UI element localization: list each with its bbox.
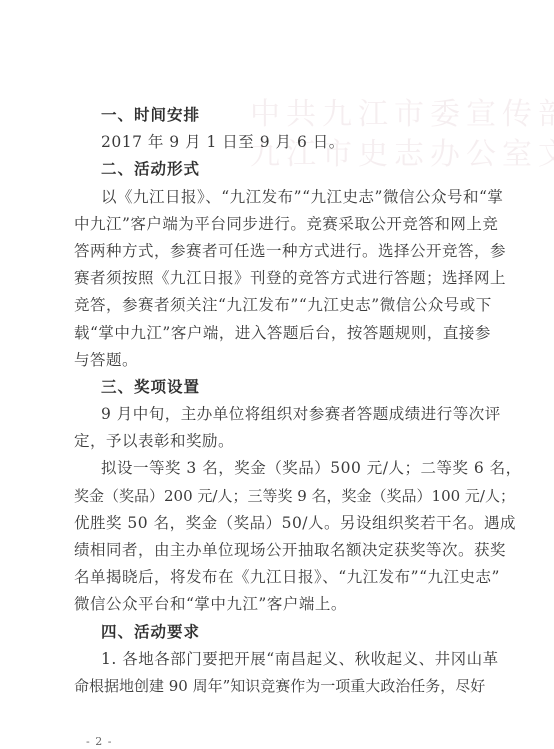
paragraph-line: 1. 各地各部门要把开展“南昌起义、秋收起义、井冈山革 [74,646,484,673]
paragraph-line: 2017 年 9 月 1 日至 9 月 6 日。 [74,129,484,156]
paragraph-line: 命根据地创建 90 周年”知识竞赛作为一项重大政治任务，尽好 [74,673,484,700]
section-heading-awards: 三、奖项设置 [74,374,484,401]
paragraph-line: 答两种方式，参赛者可任选一种方式进行。选择公开竞答，参 [74,238,484,265]
paragraph-line: 竞答，参赛者须关注“九江发布”“九江史志”微信公众号或下 [74,292,484,319]
paragraph-line: 9 月中旬，主办单位将组织对参赛者答题成绩进行等次评 [74,401,484,428]
paragraph-line: 奖金（奖品）200 元/人；三等奖 9 名，奖金（奖品）100 元/人； [74,483,484,510]
paragraph-line: 赛者须按照《九江日报》刊登的竞答方式进行答题；选择网上 [74,265,484,292]
section-heading-requirements: 四、活动要求 [74,619,484,646]
paragraph-line: 与答题。 [74,347,484,374]
paragraph-line: 定，予以表彰和奖励。 [74,428,484,455]
page-number: - 2 - [86,735,112,748]
document-body: 一、时间安排 2017 年 9 月 1 日至 9 月 6 日。 二、活动形式 以… [74,102,484,700]
section-heading-schedule: 一、时间安排 [74,102,484,129]
document-page: 中共九江市委宣传部 九江市史志办公室文件 一、时间安排 2017 年 9 月 1… [0,0,554,749]
paragraph-line: 优胜奖 50 名，奖金（奖品）50/人。另设组织奖若干名。遇成 [74,510,484,537]
paragraph-line: 微信公众平台和“掌中九江”客户端上。 [74,591,484,618]
paragraph-line: 绩相同者，由主办单位现场公开抽取名额决定获奖等次。获奖 [74,537,484,564]
paragraph-line: 载“掌中九江”客户端，进入答题后台，按答题规则，直接参 [74,320,484,347]
paragraph-line: 名单揭晓后，将发布在《九江日报》、“九江发布”“九江史志” [74,564,484,591]
paragraph-line: 以《九江日报》、“九江发布”“九江史志”微信公众号和“掌 [74,184,484,211]
section-heading-format: 二、活动形式 [74,156,484,183]
paragraph-line: 中九江”客户端为平台同步进行。竞赛采取公开竞答和网上竞 [74,211,484,238]
paragraph-line: 拟设一等奖 3 名，奖金（奖品）500 元/人；二等奖 6 名， [74,455,484,482]
